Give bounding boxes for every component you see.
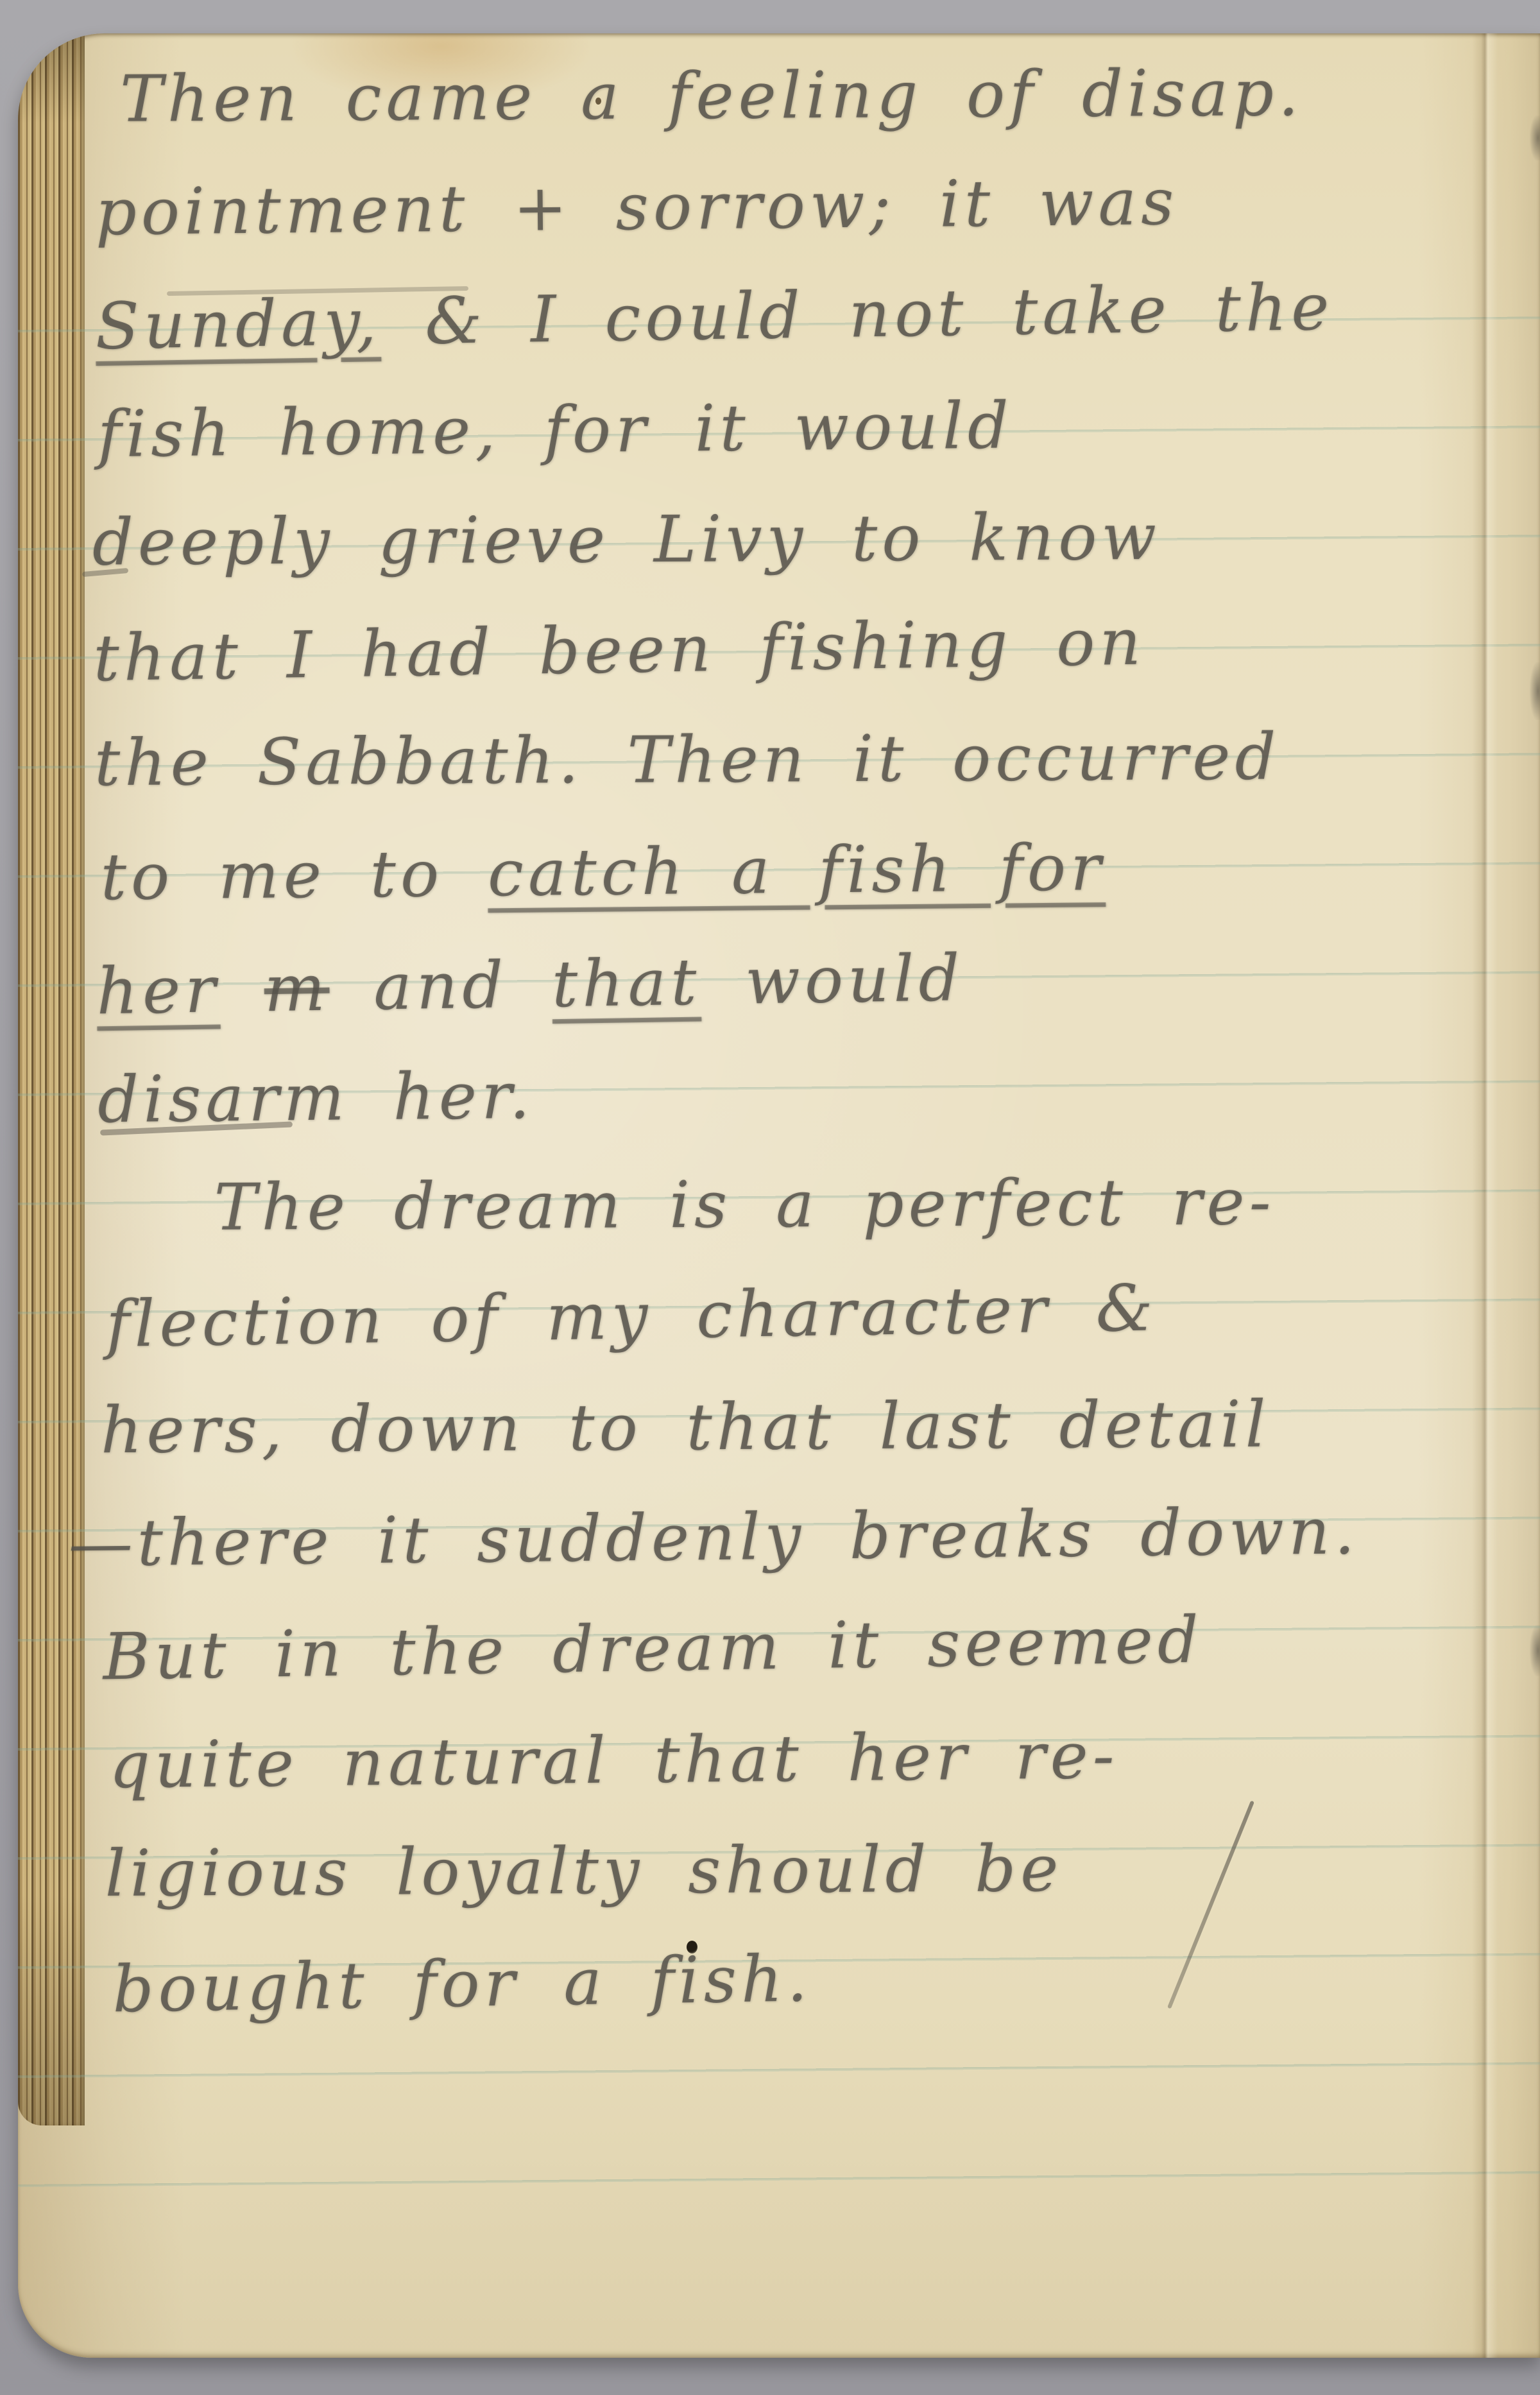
handwritten-line: the Sabbath. Then it occurred (94, 719, 1281, 801)
handwritten-line: fish home, for it would (98, 388, 1014, 472)
line-text-struck: m (264, 950, 330, 1027)
facing-page-mark (1530, 116, 1540, 160)
handwritten-line: The dream is a perfect re- (214, 1164, 1275, 1245)
ink-speck (687, 1941, 697, 1953)
handwritten-line: to me to catch a fish for (100, 830, 1106, 914)
handwritten-line: pointment + sorrow; it was (95, 164, 1179, 250)
handwritten-line: Sunday, & I could not take the (95, 270, 1335, 364)
line-text: —there it suddenly breaks down. (68, 1493, 1359, 1581)
facing-page-mark (1530, 1625, 1540, 1676)
line-text: hers, down to that last detail (101, 1387, 1270, 1468)
line-text: fish home, for it would (98, 388, 1014, 472)
handwritten-line: deeply grieve Livy to know (92, 499, 1161, 580)
handwritten-line: ligious loyalty should be (105, 1831, 1063, 1911)
handwritten-line: quite natural that her re- (109, 1718, 1120, 1803)
notebook-page: Then came a feeling of disap. pointment … (18, 33, 1540, 2358)
line-text: & I could not take the (381, 270, 1335, 359)
handwritten-line: But in the dream it seemed (103, 1602, 1204, 1694)
handwritten-line: flection of my character & (106, 1270, 1158, 1362)
line-text-underlined: that (551, 945, 701, 1022)
line-text: deeply grieve Livy to know (92, 499, 1161, 580)
line-text: would (701, 940, 965, 1019)
line-text: the Sabbath. Then it occurred (94, 719, 1281, 801)
handwritten-line: —there it suddenly breaks down. (68, 1493, 1359, 1581)
handwritten-line: Then came a feeling of disap. (120, 55, 1303, 137)
line-text: that I had been fishing on (93, 605, 1146, 696)
handwritten-line: disarm her. (98, 1058, 535, 1138)
line-text: flection of my character & (106, 1270, 1158, 1362)
line-text-underlined: her (96, 952, 221, 1029)
line-text: ligious loyalty should be (105, 1831, 1063, 1911)
line-text-underlined: Sunday, (95, 284, 382, 364)
small-speck (595, 98, 601, 105)
handwritten-line: hers, down to that last detail (101, 1387, 1270, 1468)
handwritten-line: that I had been fishing on (93, 605, 1146, 696)
line-text: disarm her. (98, 1058, 535, 1138)
line-text: bought for a fish. (112, 1941, 812, 2027)
handwritten-line: her m and that would (96, 940, 965, 1029)
line-text: and (329, 947, 552, 1025)
line-text: The dream is a perfect re- (214, 1164, 1275, 1245)
handwritten-line: bought for a fish. (112, 1941, 812, 2027)
line-text: quite natural that her re- (109, 1718, 1120, 1803)
line-text: pointment + sorrow; it was (95, 164, 1179, 250)
facing-page-mark (1530, 662, 1540, 720)
line-text: Then came a feeling of disap. (120, 55, 1303, 137)
handwriting-layer: Then came a feeling of disap. pointment … (18, 33, 1540, 2358)
line-text (219, 951, 265, 1027)
line-text: to me to (100, 836, 488, 914)
line-text: But in the dream it seemed (103, 1602, 1204, 1694)
line-text-underlined: catch a fish for (487, 830, 1106, 911)
